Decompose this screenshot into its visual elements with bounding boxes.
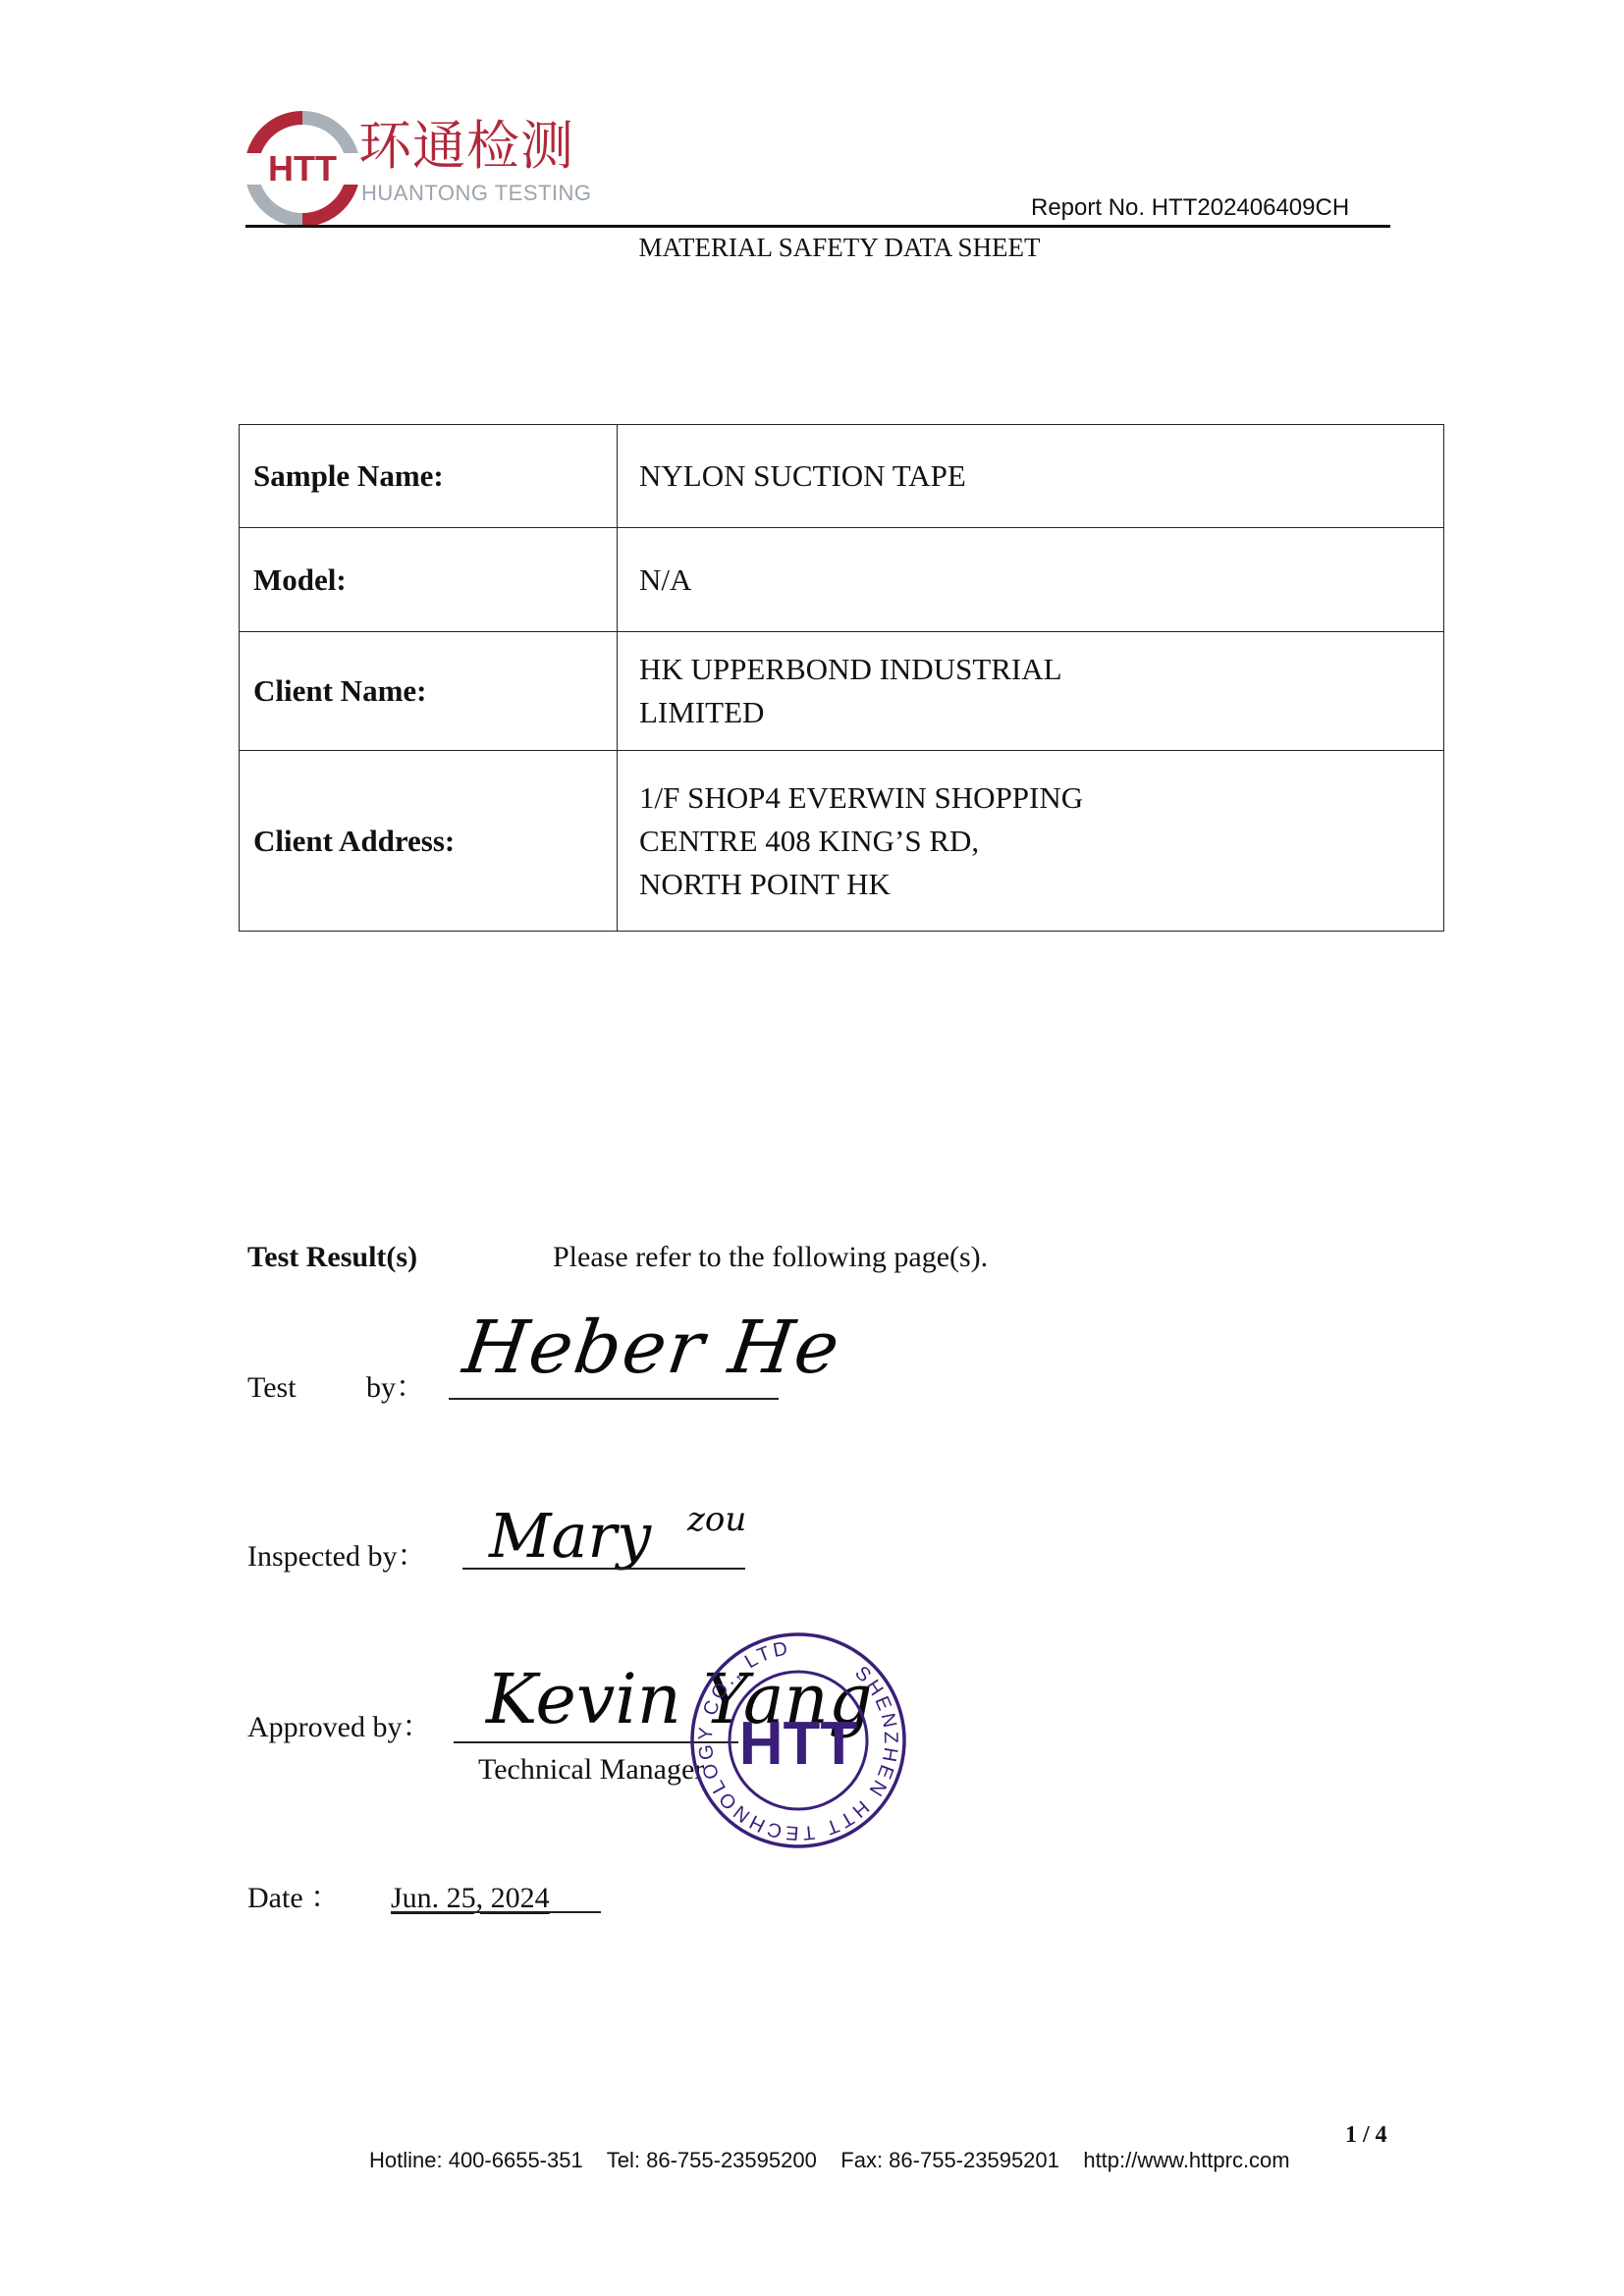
approver-role: Technical Manager: [478, 1755, 704, 1785]
field-value: NYLON SUCTION TAPE: [618, 425, 1444, 528]
company-seal-stamp: SHENZHEN HTT TECHNOLOGY CO., LTD HTT: [687, 1629, 909, 1851]
test-by-label-suffix: by：: [366, 1373, 425, 1403]
field-value: 1/F SHOP4 EVERWIN SHOPPINGCENTRE 408 KIN…: [618, 751, 1444, 932]
footer-contact-info: Hotline: 400-6655-351 Tel: 86-755-235952…: [369, 2150, 1290, 2171]
table-row: Sample Name:NYLON SUCTION TAPE: [240, 425, 1444, 528]
field-value-line: NORTH POINT HK: [639, 863, 1443, 906]
table-row: Client Address:1/F SHOP4 EVERWIN SHOPPIN…: [240, 751, 1444, 932]
table-row: Client Name:HK UPPERBOND INDUSTRIALLIMIT…: [240, 632, 1444, 751]
field-value-line: 1/F SHOP4 EVERWIN SHOPPING: [639, 776, 1443, 820]
field-value-line: N/A: [639, 559, 1443, 602]
date-underline: [391, 1911, 601, 1913]
field-label: Client Address:: [240, 751, 618, 932]
field-value: HK UPPERBOND INDUSTRIALLIMITED: [618, 632, 1444, 751]
field-value-line: HK UPPERBOND INDUSTRIAL: [639, 648, 1443, 691]
htt-logo-ring-icon: HTT: [244, 110, 361, 228]
seal-stamp-icon: SHENZHEN HTT TECHNOLOGY CO., LTD HTT: [687, 1629, 909, 1851]
logo-chinese-name: 环通检测: [358, 120, 574, 173]
report-number: Report No. HTT202406409CH: [1031, 196, 1349, 220]
table-row: Model:N/A: [240, 528, 1444, 632]
logo-english-name: HUANTONG TESTING: [361, 183, 592, 204]
inspector-signature-surname: zou: [687, 1500, 746, 1539]
field-label: Model:: [240, 528, 618, 632]
field-value-line: LIMITED: [639, 691, 1443, 734]
inspector-signature: Mary: [489, 1500, 651, 1572]
page-number: 1 / 4: [1345, 2122, 1387, 2149]
date-label: Date ：: [247, 1884, 340, 1913]
field-value: N/A: [618, 528, 1444, 632]
approved-by-label: Approved by：: [247, 1713, 431, 1742]
svg-text:HTT: HTT: [268, 148, 337, 188]
field-label: Client Name:: [240, 632, 618, 751]
tester-signature: Heber He: [459, 1306, 846, 1390]
signature-line: [462, 1568, 745, 1570]
field-label: Sample Name:: [240, 425, 618, 528]
document-title: MATERIAL SAFETY DATA SHEET: [245, 232, 1434, 263]
test-by-label: Test: [247, 1373, 297, 1403]
header-divider: [245, 225, 1390, 228]
inspected-by-label: Inspected by：: [247, 1542, 426, 1572]
seal-center-text: HTT: [739, 1710, 858, 1778]
field-value-line: CENTRE 408 KING’S RD,: [639, 820, 1443, 863]
test-result-label: Test Result(s): [247, 1243, 417, 1272]
signature-line: [449, 1398, 779, 1400]
sample-info-table: Sample Name:NYLON SUCTION TAPEModel:N/AC…: [239, 424, 1444, 932]
test-result-text: Please refer to the following page(s).: [553, 1243, 988, 1272]
field-value-line: NYLON SUCTION TAPE: [639, 454, 1443, 498]
report-date: Jun. 25, 2024: [391, 1884, 550, 1913]
